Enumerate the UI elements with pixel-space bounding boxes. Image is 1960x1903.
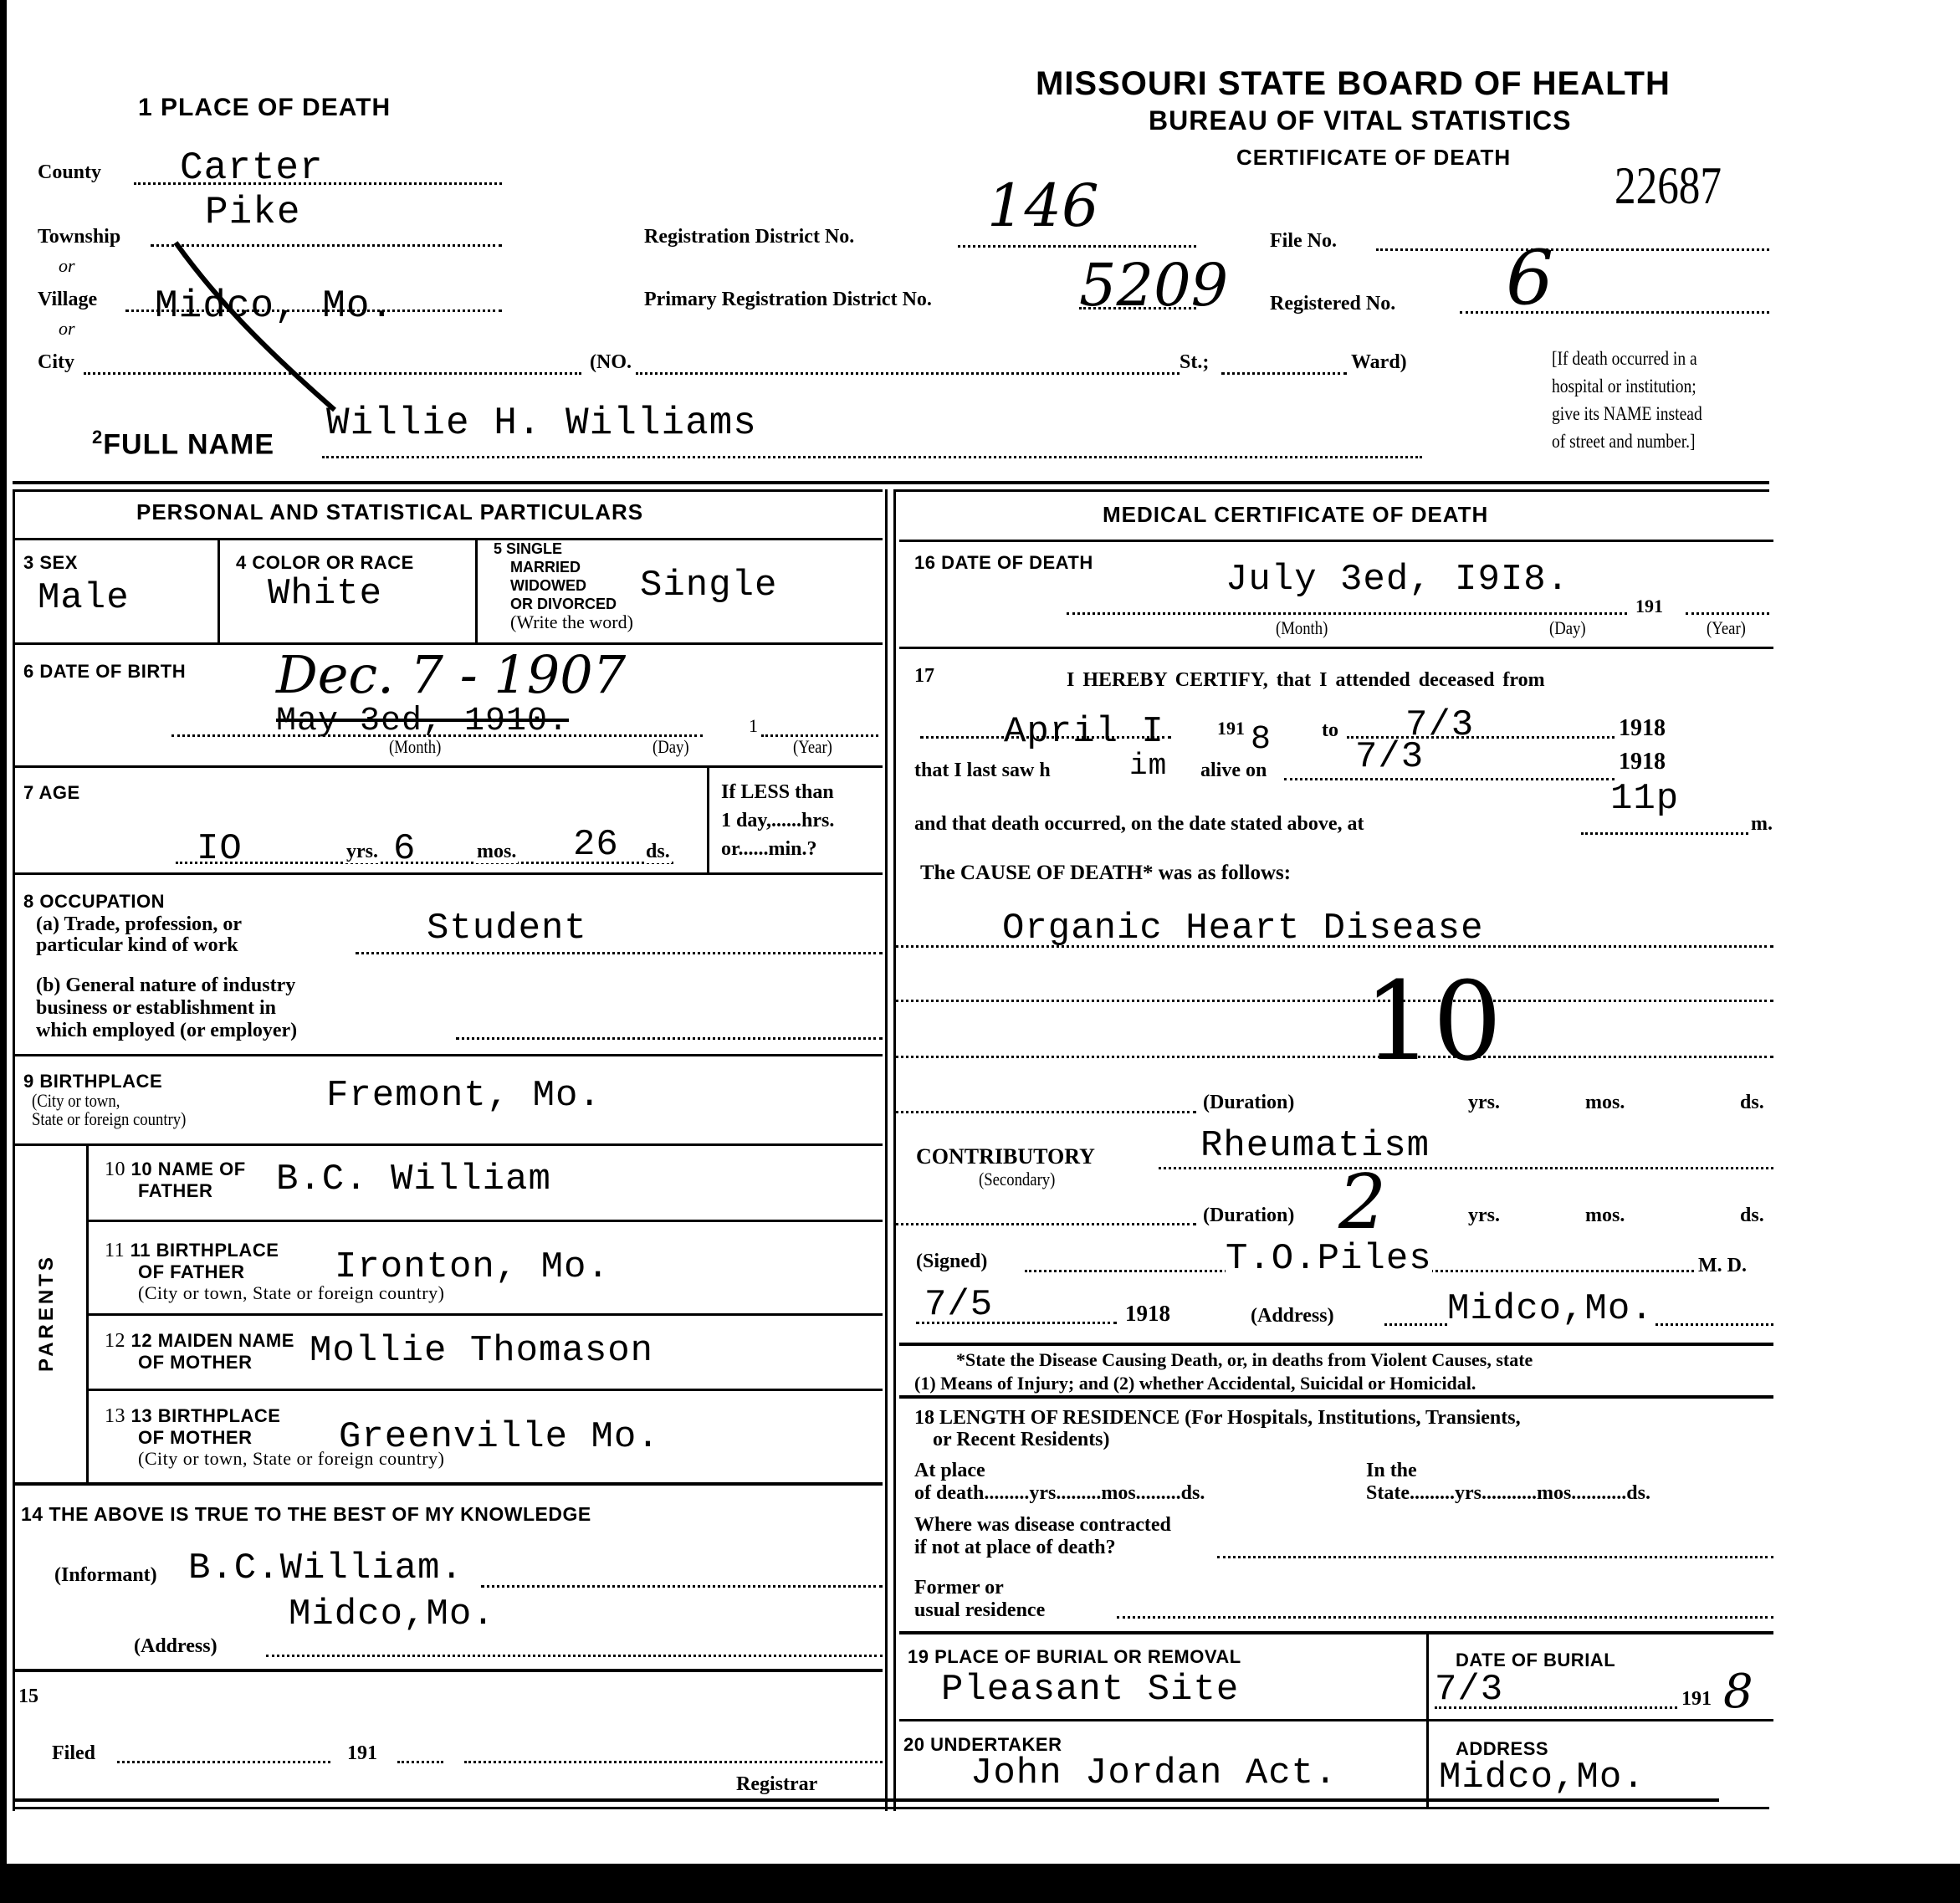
mother-name-label: 12 12 MAIDEN NAME OF MOTHER xyxy=(105,1330,294,1373)
last-saw-pronoun[interactable]: im xyxy=(1129,749,1167,783)
marital-labels: 5 SINGLE MARRIED WIDOWED OR DIVORCED (Wr… xyxy=(494,540,633,632)
marital-value[interactable]: Single xyxy=(640,565,777,606)
marital-option: 5 SINGLE xyxy=(494,540,633,558)
form-title: CERTIFICATE OF DEATH xyxy=(1236,145,1511,171)
dob-year-caption: (Year) xyxy=(793,736,832,758)
dob-label: 6 DATE OF BIRTH xyxy=(23,661,186,683)
section-divider xyxy=(895,489,1769,492)
date-of-death-value[interactable]: July 3ed, I9I8. xyxy=(1226,559,1569,601)
row-divider xyxy=(13,1669,883,1672)
row-divider xyxy=(899,540,1773,542)
at-place-label: At place of death.........yrs.........mo… xyxy=(914,1460,1205,1505)
dob-month-caption: (Month) xyxy=(389,736,441,758)
undertaker-value[interactable]: John Jordan Act. xyxy=(970,1752,1337,1794)
in-state-label-line[interactable]: State.........yrs...........mos.........… xyxy=(1366,1482,1650,1505)
cause-line-3 xyxy=(895,1056,1773,1058)
certificate-number: 22687 xyxy=(1615,155,1722,217)
marital-option: OR DIVORCED xyxy=(494,595,633,613)
informant-label: (Informant) xyxy=(54,1564,157,1587)
age-label: 7 AGE xyxy=(23,782,80,804)
row-divider xyxy=(88,1389,883,1391)
former-residence-label-line: Former or xyxy=(914,1577,1045,1599)
or-label-2: or xyxy=(59,318,75,340)
occupation-a-line: (a) Trade, profession, or xyxy=(36,914,242,935)
signed-date-value[interactable]: 7/5 xyxy=(924,1284,993,1326)
full-name-number: 2 xyxy=(92,427,103,448)
cell-divider xyxy=(475,538,478,642)
informant-address-line xyxy=(266,1655,883,1657)
certify-number: 17 xyxy=(914,665,934,688)
sex-label: 3 SEX xyxy=(23,552,78,574)
hospital-note-line: [If death occurred in a xyxy=(1552,345,1702,372)
contributory-value[interactable]: Rheumatism xyxy=(1200,1125,1430,1167)
duration-ds: ds. xyxy=(1740,1092,1764,1114)
row-divider xyxy=(899,647,1773,649)
column-divider xyxy=(893,489,896,1811)
village-label: Village xyxy=(38,289,97,311)
date-of-death-year-line xyxy=(1686,612,1769,615)
cell-divider xyxy=(217,538,220,642)
duration-label: (Duration) xyxy=(1203,1092,1294,1114)
full-name-value[interactable]: Willie H. Williams xyxy=(326,402,757,445)
street-no-label: (NO. xyxy=(590,351,632,374)
signed-address-label: (Address) xyxy=(1251,1305,1334,1327)
row-divider xyxy=(899,1343,1773,1346)
township-value[interactable]: Pike xyxy=(205,191,300,234)
death-time-value[interactable]: 11p xyxy=(1610,778,1679,820)
burial-year-prefix: 191 xyxy=(1681,1688,1712,1711)
file-no-label: File No. xyxy=(1270,230,1337,253)
row-divider xyxy=(88,1313,883,1316)
alive-on-line xyxy=(1284,778,1615,780)
row-divider xyxy=(13,1054,883,1056)
birthplace-sub-line: (City or town, xyxy=(32,1092,186,1110)
duration-handwritten[interactable]: 10 xyxy=(1364,958,1502,1085)
filed-year-prefix: 191 xyxy=(347,1742,377,1765)
attended-from-year-digit[interactable]: 8 xyxy=(1251,721,1272,759)
occupation-a-label: (a) Trade, profession, or particular kin… xyxy=(36,914,242,956)
contracted-label-line: if not at place of death? xyxy=(914,1537,1171,1559)
section-divider xyxy=(13,481,1769,484)
street-line xyxy=(636,372,1180,375)
row-divider xyxy=(899,1395,1773,1399)
former-residence-label-line: usual residence xyxy=(914,1599,1045,1622)
age-months-value[interactable]: 6 xyxy=(393,828,416,870)
race-label: 4 COLOR OR RACE xyxy=(236,552,414,574)
occupation-value[interactable]: Student xyxy=(427,908,587,949)
father-name-label-line: 10 NAME OF xyxy=(131,1159,246,1179)
ward-line xyxy=(1221,372,1347,375)
last-saw-label: that I last saw h xyxy=(914,760,1051,782)
signed-label: (Signed) xyxy=(916,1251,987,1273)
row-divider xyxy=(13,538,883,540)
registrar-signature-line[interactable] xyxy=(464,1761,883,1763)
ward-label: Ward) xyxy=(1351,351,1407,374)
signed-year[interactable]: 1918 xyxy=(1125,1301,1170,1327)
less-than-line: 1 day,......hrs. xyxy=(721,806,834,835)
death-time-suffix: m. xyxy=(1751,813,1773,836)
residence-label-line: 18 LENGTH OF RESIDENCE (For Hospitals, I… xyxy=(914,1407,1521,1429)
contributory-duration-yrs: yrs. xyxy=(1468,1205,1500,1227)
residence-label: 18 LENGTH OF RESIDENCE (For Hospitals, I… xyxy=(914,1407,1521,1450)
race-value[interactable]: White xyxy=(268,573,382,615)
duration-mos: mos. xyxy=(1585,1092,1625,1114)
contracted-label: Where was disease contracted if not at p… xyxy=(914,1514,1171,1559)
dob-year-prefix: 1 xyxy=(749,715,758,737)
column-divider xyxy=(885,489,888,1811)
street-label: St.; xyxy=(1180,351,1209,374)
mother-birthplace-value[interactable]: Greenville Mo. xyxy=(339,1416,660,1458)
age-months-unit: mos. xyxy=(475,841,518,863)
occupation-label: 8 OCCUPATION xyxy=(23,891,165,913)
dob-day-caption: (Day) xyxy=(652,736,689,758)
county-label: County xyxy=(38,161,101,184)
undertaker-address-value[interactable]: Midco,Mo. xyxy=(1439,1757,1645,1798)
full-name-text: FULL NAME xyxy=(103,428,274,460)
file-no-line[interactable] xyxy=(1376,248,1769,251)
contributory-duration-mos: mos. xyxy=(1585,1205,1625,1227)
marital-option: WIDOWED xyxy=(494,576,633,595)
less-than-day-note: If LESS than 1 day,......hrs. or......mi… xyxy=(721,778,834,863)
date-of-death-label: 16 DATE OF DEATH xyxy=(914,552,1093,574)
at-place-label-line: At place xyxy=(914,1460,1205,1482)
row-divider xyxy=(13,872,883,875)
registration-district-value[interactable]: 146 xyxy=(987,171,1099,240)
occupation-b-label: (b) General nature of industry business … xyxy=(36,975,297,1042)
dob-handwritten[interactable]: Dec. 7 - 1907 xyxy=(276,644,626,705)
mother-birthplace-label-line: 13 BIRTHPLACE xyxy=(131,1405,281,1426)
date-of-death-line xyxy=(1067,612,1627,615)
father-birthplace-label-line: 11 BIRTHPLACE xyxy=(130,1240,279,1261)
informant-line xyxy=(481,1585,883,1588)
birthplace-sub: (City or town, State or foreign country) xyxy=(32,1092,186,1128)
city-label: City xyxy=(38,351,74,374)
cause-duration-prefix-line xyxy=(895,1111,1196,1113)
informant-address-value[interactable]: Midco,Mo. xyxy=(289,1594,495,1635)
contributory-duration-handwritten[interactable]: 2 xyxy=(1338,1159,1386,1246)
burial-date-value[interactable]: 7/3 xyxy=(1435,1669,1503,1711)
hospital-note-line: give its NAME instead xyxy=(1552,400,1702,427)
section-divider xyxy=(13,489,883,492)
or-label-1: or xyxy=(59,255,75,277)
pen-stroke-mark xyxy=(167,234,351,418)
duration-yrs: yrs. xyxy=(1468,1092,1500,1114)
township-label: Township xyxy=(38,226,120,248)
row-divider xyxy=(13,1482,883,1486)
bureau-title: BUREAU OF VITAL STATISTICS xyxy=(1149,105,1571,136)
burial-year-digit[interactable]: 8 xyxy=(1723,1665,1753,1719)
cell-divider xyxy=(707,765,709,872)
mother-name-label-line: OF MOTHER xyxy=(105,1352,294,1373)
certify-statement: I HEREBY CERTIFY, that I attended deceas… xyxy=(1067,669,1545,692)
primary-registration-value[interactable]: 5209 xyxy=(1079,251,1228,320)
in-state-label-line: In the xyxy=(1366,1460,1650,1482)
attended-from-value[interactable]: April I xyxy=(1004,711,1164,753)
to-label: to xyxy=(1322,719,1338,742)
contributory-sub: (Secondary) xyxy=(979,1169,1055,1190)
mother-name-label-line: 12 MAIDEN NAME xyxy=(131,1330,294,1351)
contracted-line[interactable] xyxy=(1217,1556,1773,1558)
age-days-value[interactable]: 26 xyxy=(573,824,619,866)
hospital-note-line: hospital or institution; xyxy=(1552,372,1702,400)
birthplace-value[interactable]: Fremont, Mo. xyxy=(326,1075,601,1117)
marital-hint: (Write the word) xyxy=(494,613,633,632)
medical-section-title: MEDICAL CERTIFICATE OF DEATH xyxy=(1103,502,1488,528)
registration-district-line xyxy=(958,245,1196,248)
occupation-b-line: business or establishment in xyxy=(36,997,297,1020)
at-place-label-line[interactable]: of death.........yrs.........mos........… xyxy=(914,1482,1205,1505)
cause-value[interactable]: Organic Heart Disease xyxy=(1002,908,1484,949)
dod-day-caption: (Day) xyxy=(1549,617,1586,639)
death-time-line xyxy=(1581,832,1748,835)
hospital-note-line: of street and number.] xyxy=(1552,427,1702,455)
attended-to-year[interactable]: 1918 xyxy=(1619,715,1666,742)
signed-value[interactable]: T.O.Piles xyxy=(1226,1238,1432,1280)
less-than-line: If LESS than xyxy=(721,778,834,806)
row-divider xyxy=(88,1220,883,1222)
filed-label: Filed xyxy=(52,1742,95,1765)
age-years-value[interactable]: IO xyxy=(197,828,243,870)
md-label: M. D. xyxy=(1698,1255,1747,1277)
scan-bottom-edge xyxy=(0,1864,1960,1903)
marital-option: MARRIED xyxy=(494,558,633,576)
informant-statement: 14 THE ABOVE IS TRUE TO THE BEST OF MY K… xyxy=(21,1503,591,1526)
footnote-line: *State the Disease Causing Death, or, in… xyxy=(914,1348,1533,1372)
alive-on-year[interactable]: 1918 xyxy=(1619,749,1666,775)
registrar-label: Registrar xyxy=(736,1773,817,1796)
residence-label-line: or Recent Residents) xyxy=(914,1429,1521,1450)
dob-struck-value: May 3ed, 1910. xyxy=(276,703,569,740)
registration-district-label: Registration District No. xyxy=(644,226,854,248)
hospital-note: [If death occurred in a hospital or inst… xyxy=(1552,345,1702,455)
filing-number: 15 xyxy=(18,1686,38,1708)
registered-no-label: Registered No. xyxy=(1270,293,1395,315)
filed-date-line[interactable] xyxy=(117,1761,330,1763)
row-divider xyxy=(13,765,883,768)
burial-place-value[interactable]: Pleasant Site xyxy=(941,1669,1239,1711)
cause-label: The CAUSE OF DEATH* was as follows: xyxy=(920,862,1291,885)
less-than-line: or......min.? xyxy=(721,835,834,863)
occupation-a-line-field xyxy=(356,952,883,954)
attended-from-year-prefix: 191 xyxy=(1217,718,1245,739)
mother-name-value[interactable]: Mollie Thomason xyxy=(310,1330,653,1372)
informant-value[interactable]: B.C.William. xyxy=(188,1547,463,1589)
row-divider xyxy=(13,1143,883,1146)
row-divider xyxy=(899,1631,1773,1634)
contributory-duration-ds: ds. xyxy=(1740,1205,1764,1227)
occupation-a-line: particular kind of work xyxy=(36,935,242,956)
date-of-death-year-prefix: 191 xyxy=(1635,596,1663,617)
registered-no-value[interactable]: 6 xyxy=(1506,234,1553,322)
occupation-b-line: which employed (or employer) xyxy=(36,1020,297,1042)
contributory-line xyxy=(1159,1167,1773,1169)
scan-left-edge xyxy=(0,0,7,1903)
full-name-label: 2FULL NAME xyxy=(92,427,274,461)
place-of-death-heading: 1 PLACE OF DEATH xyxy=(138,94,391,122)
father-name-value[interactable]: B.C. William xyxy=(276,1159,551,1200)
left-border xyxy=(13,489,15,1811)
former-residence-label: Former or usual residence xyxy=(914,1577,1045,1622)
signed-address-value[interactable]: Midco,Mo. xyxy=(1447,1288,1654,1330)
county-value[interactable]: Carter xyxy=(180,146,324,190)
contributory-duration-label: (Duration) xyxy=(1203,1205,1294,1227)
row-divider xyxy=(899,1719,1773,1721)
father-birthplace-value[interactable]: Ironton, Mo. xyxy=(335,1246,610,1288)
in-state-label: In the State.........yrs...........mos..… xyxy=(1366,1460,1650,1505)
agency-title: MISSOURI STATE BOARD OF HEALTH xyxy=(1036,65,1671,103)
bottom-rule xyxy=(13,1807,1769,1809)
cause-footnote: *State the Disease Causing Death, or, in… xyxy=(914,1348,1533,1395)
full-name-line xyxy=(322,456,1422,458)
sex-value[interactable]: Male xyxy=(38,577,130,619)
contributory-duration-prefix-line xyxy=(895,1223,1196,1225)
personal-section-title: PERSONAL AND STATISTICAL PARTICULARS xyxy=(136,499,643,525)
parents-side-label: PARENTS xyxy=(35,1254,59,1372)
dod-year-caption: (Year) xyxy=(1707,617,1746,639)
death-time-label: and that death occurred, on the date sta… xyxy=(914,813,1364,836)
alive-on-label: alive on xyxy=(1200,760,1267,782)
age-years-unit: yrs. xyxy=(345,841,380,863)
informant-address-label: (Address) xyxy=(134,1635,217,1658)
occupation-b-field[interactable] xyxy=(456,1037,883,1040)
father-name-label: 10 10 NAME OF FATHER xyxy=(105,1159,246,1201)
contributory-label: CONTRIBUTORY xyxy=(916,1144,1095,1169)
alive-on-value[interactable]: 7/3 xyxy=(1355,736,1424,778)
bottom-rule xyxy=(13,1798,1719,1802)
father-name-label-line: FATHER xyxy=(105,1180,246,1201)
cause-line-2 xyxy=(895,1000,1773,1002)
birthplace-sub-line: State or foreign country) xyxy=(32,1110,186,1128)
burial-place-label: 19 PLACE OF BURIAL OR REMOVAL xyxy=(908,1646,1241,1668)
footnote-line: (1) Means of Injury; and (2) whether Acc… xyxy=(914,1372,1533,1395)
primary-registration-label: Primary Registration District No. xyxy=(644,289,932,311)
occupation-b-line: (b) General nature of industry xyxy=(36,975,297,997)
dod-month-caption: (Month) xyxy=(1276,617,1328,639)
filed-year-line[interactable] xyxy=(397,1761,443,1763)
contracted-label-line: Where was disease contracted xyxy=(914,1514,1171,1537)
former-residence-line[interactable] xyxy=(1117,1616,1773,1619)
age-days-unit: ds. xyxy=(644,841,672,863)
